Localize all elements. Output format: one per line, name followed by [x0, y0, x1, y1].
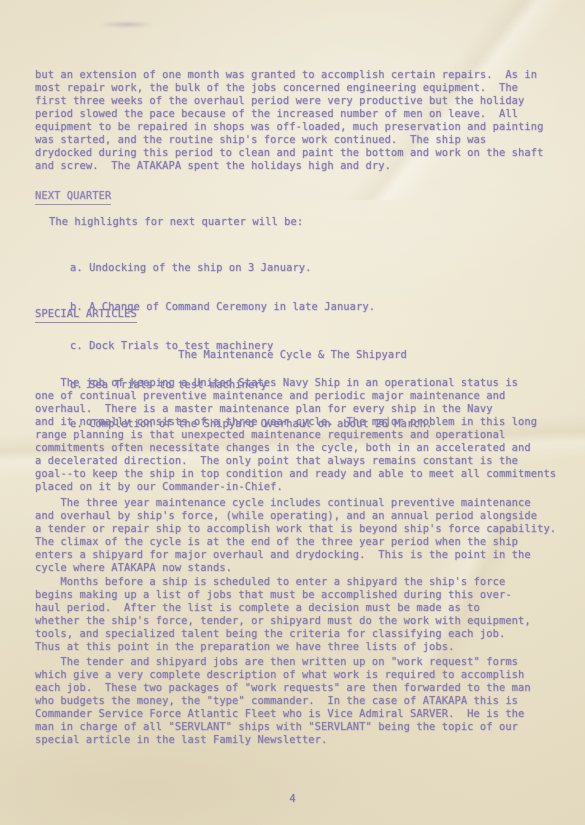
article-paragraph: Months before a ship is scheduled to ent…	[35, 576, 531, 654]
list-item: a. Undocking of the ship on 3 January.	[70, 262, 432, 275]
special-articles-heading-text: SPECIAL ARTICLES	[35, 308, 137, 323]
article-paragraph: The tender and shipyard jobs are then wr…	[35, 656, 531, 747]
next-quarter-heading: NEXT QUARTER	[35, 190, 111, 205]
scanned-newsletter-page: { "colors": { "paper": "#ece4cf", "ink":…	[0, 0, 585, 825]
opening-paragraph: but an extension of one month was grante…	[35, 69, 543, 173]
special-articles-heading: SPECIAL ARTICLES	[35, 308, 137, 323]
next-quarter-intro: The highlights for next quarter will be:	[49, 216, 303, 229]
ink-smudge	[92, 20, 162, 29]
article-paragraph: The job of keeping a United States Navy …	[35, 377, 556, 494]
page-number: 4	[0, 793, 585, 806]
next-quarter-heading-text: NEXT QUARTER	[35, 190, 111, 205]
article-paragraph: The three year maintenance cycle include…	[35, 497, 556, 575]
article-title: The Maintenance Cycle & The Shipyard	[35, 349, 550, 362]
